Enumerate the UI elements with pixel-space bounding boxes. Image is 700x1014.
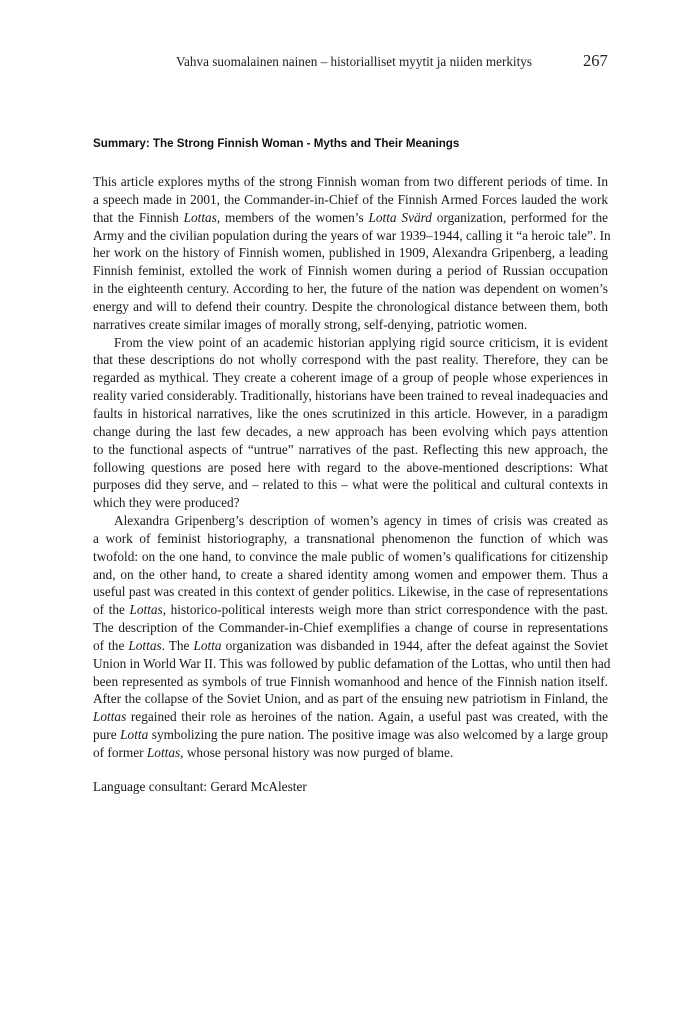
text-line: Union in World War II. This was followed… xyxy=(93,655,608,673)
text-line: The description of the Commander-in-Chie… xyxy=(93,619,608,637)
summary-body: This article explores myths of the stron… xyxy=(93,173,608,762)
text-line: twofold: on the one hand, to convince th… xyxy=(93,548,608,566)
text-line: following questions are posed here with … xyxy=(93,459,608,477)
text-line: that the Finnish Lottas, members of the … xyxy=(93,209,608,227)
text-line: a work of feminist historiography, a tra… xyxy=(93,530,608,548)
text-line: her work on the history of Finnish women… xyxy=(93,244,608,262)
text-line: pure Lotta symbolizing the pure nation. … xyxy=(93,726,608,744)
summary-paragraph-2: From the view point of an academic histo… xyxy=(93,334,608,512)
text-line: in the eighteenth century. According to … xyxy=(93,280,608,298)
text-line: Finnish feminist, extolled the work of F… xyxy=(93,262,608,280)
text-line: This article explores myths of the stron… xyxy=(93,173,608,191)
text-line: Army and the civilian population during … xyxy=(93,227,608,245)
text-line: Lottas regained their role as heroines o… xyxy=(93,708,608,726)
document-page: Vahva suomalainen nainen – historiallise… xyxy=(0,0,700,1014)
text-line: that these descriptions do not wholly co… xyxy=(93,351,608,369)
text-line: energy and will to defend their country.… xyxy=(93,298,608,316)
summary-paragraph-1: This article explores myths of the stron… xyxy=(93,173,608,334)
text-line: and, on the other hand, to create a shar… xyxy=(93,566,608,584)
text-line: to the functional aspects of “untrue” na… xyxy=(93,441,608,459)
running-header-title: Vahva suomalainen nainen – historiallise… xyxy=(176,54,532,70)
text-line: been represented as symbols of true Finn… xyxy=(93,673,608,691)
text-line: of the Lottas, historico-political inter… xyxy=(93,601,608,619)
summary-heading: Summary: The Strong Finnish Woman - Myth… xyxy=(93,137,459,150)
text-line: Alexandra Gripenberg’s description of wo… xyxy=(93,512,608,530)
text-line: change during the last few decades, a ne… xyxy=(93,423,608,441)
page-number: 267 xyxy=(583,51,608,71)
text-line: purposes did they serve, and – related t… xyxy=(93,476,608,494)
text-line: regarded as mythical. They create a cohe… xyxy=(93,369,608,387)
text-line: After the collapse of the Soviet Union, … xyxy=(93,690,608,708)
text-line: useful past was created in this context … xyxy=(93,583,608,601)
text-line: reality varied considerably. Traditional… xyxy=(93,387,608,405)
text-line: which they were produced? xyxy=(93,494,608,512)
text-line: of former Lottas, whose personal history… xyxy=(93,744,608,762)
summary-paragraph-3: Alexandra Gripenberg’s description of wo… xyxy=(93,512,608,762)
text-line: a speech made in 2001, the Commander-in-… xyxy=(93,191,608,209)
text-line: faults in historical narratives, like th… xyxy=(93,405,608,423)
language-consultant-credit: Language consultant: Gerard McAlester xyxy=(93,779,307,795)
text-line: of the Lottas. The Lotta organization wa… xyxy=(93,637,608,655)
text-line: narratives create similar images of mora… xyxy=(93,316,608,334)
text-line: From the view point of an academic histo… xyxy=(93,334,608,352)
